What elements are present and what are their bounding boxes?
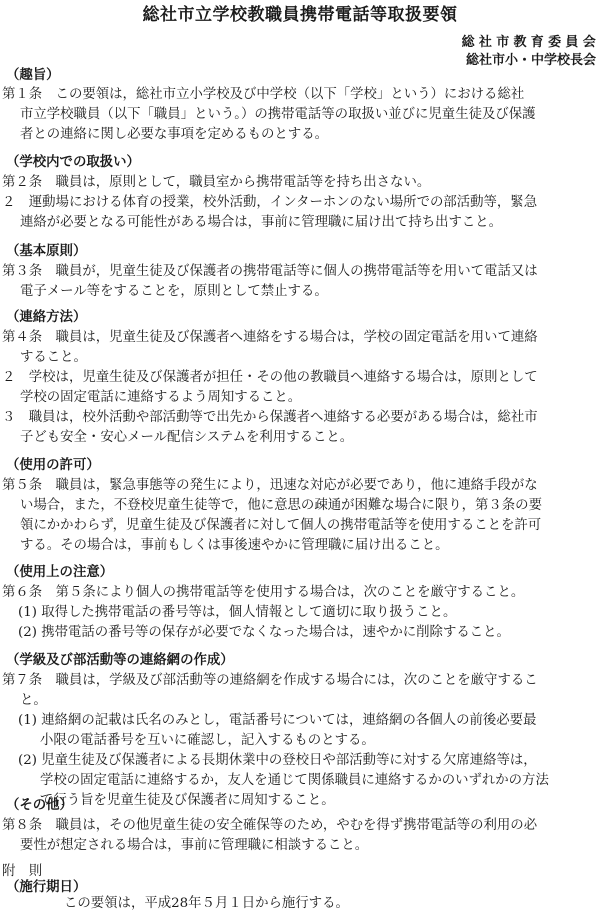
article-5-line: 領にかかわらず，児童生徒及び保護者に対して個人の携帯電話等を使用することを許可 xyxy=(20,516,541,537)
article-8-line: 要性が想定される場合は，事前に管理職に相談すること。 xyxy=(20,836,368,857)
article-7-line: 第７条 職員は，学級及び部活動等の連絡網を作成する場合には，次のことを厳守するこ xyxy=(2,671,538,692)
issuer-board-of-education: 総社市教育委員会 xyxy=(462,34,600,52)
article-4-line: すること。 xyxy=(20,348,87,369)
article-7-item-1: (1) 連絡網の記載は氏名のみとし，電話番号については，連絡網の各個人の前後必要… xyxy=(18,711,536,732)
article-7-line: と。 xyxy=(20,691,47,712)
article-4-line: 学校の固定電話に連絡するよう周知すること。 xyxy=(20,388,301,409)
issuer-principals-association: 総社市小・中学校長会 xyxy=(466,52,596,70)
section-heading-contact-network: （学級及び部活動等の連絡網の作成） xyxy=(6,651,234,671)
article-4-paragraph-3: ３ 職員は，校外活動や部活動等で出先から保護者へ連絡する必要がある場合は，総社市 xyxy=(2,408,538,429)
article-1-line: 第１条 この要領は，総社市立小学校及び中学校（以下「学校」という）における総社 xyxy=(2,85,524,106)
section-heading-other: （その他） xyxy=(6,796,73,816)
section-heading-usage-permission: （使用の許可） xyxy=(6,456,100,476)
document-title: 総社市立学校教職員携帯電話等取扱要領 xyxy=(0,3,600,27)
article-7-item-1-cont: 小限の電話番号を互いに確認し，記入するものとする。 xyxy=(40,731,375,752)
article-2-paragraph-2: ２ 運動場における体育の授業，校外活動，インターホンのない場所での部活動等，緊急 xyxy=(2,193,537,214)
section-heading-basic-principle: （基本原則） xyxy=(6,242,86,262)
article-5-line: 第５条 職員は，緊急事態等の発生により，迅速な対応が必要であり，他に連絡手段がな xyxy=(2,476,538,497)
article-1-line: 市立学校職員（以下「職員」という。）の携帯電話等の取扱い並びに児童生徒及び保護 xyxy=(20,105,536,126)
section-heading-usage-caution: （使用上の注意） xyxy=(6,563,113,583)
article-2-line: 連絡が必要となる可能性がある場合は，事前に管理職に届け出て持ち出すこと。 xyxy=(20,213,502,234)
article-4-line: 第４条 職員は，児童生徒及び保護者へ連絡をする場合は，学校の固定電話を用いて連絡 xyxy=(2,328,538,349)
article-5-line: い場合，また，不登校児童生徒等で，他に意思の疎通が困難な場合に限り，第３条の要 xyxy=(20,496,542,517)
article-2-line: 第２条 職員は，原則として，職員室から携帯電話等を持ち出さない。 xyxy=(2,173,430,194)
article-6-line: 第６条 第５条により個人の携帯電話等を使用する場合は，次のことを厳守すること。 xyxy=(2,583,524,604)
section-heading-contact-method: （連絡方法） xyxy=(6,308,86,328)
article-1-line: 者との連絡に関し必要な事項を定めるものとする。 xyxy=(20,125,328,146)
article-7-item-2: (2) 児童生徒及び保護者による長期休業中の登校日や部活動等に対する欠席連絡等は… xyxy=(18,751,537,772)
article-6-item-1: (1) 取得した携帯電話の番号等は，個人情報として適切に取り扱うこと。 xyxy=(18,603,456,624)
article-4-line: 子ども安全・安心メール配信システムを利用すること。 xyxy=(20,428,353,449)
article-3-line: 電子メール等をすることを，原則として禁止する。 xyxy=(20,282,328,303)
article-4-paragraph-2: ２ 学校は，児童生徒及び保護者が担任・その他の教職員へ連絡する場合は，原則として xyxy=(2,368,538,389)
section-heading-school-handling: （学校内での取扱い） xyxy=(6,153,140,173)
article-3-line: 第３条 職員が，児童生徒及び保護者の携帯電話等に個人の携帯電話等を用いて電話又は xyxy=(2,262,538,283)
article-7-item-2-cont: 学校の固定電話に連絡するか，友人を通じて関係職員に連絡するかのいずれかの方法 xyxy=(40,771,549,792)
article-6-item-2: (2) 携帯電話の番号等の保存が必要でなくなった場合は，速やかに削除すること。 xyxy=(18,623,510,644)
article-5-line: する。その場合は，事前もしくは事後速やかに管理職に届け出ること。 xyxy=(20,536,449,557)
section-heading-purpose: （趣旨） xyxy=(6,66,60,86)
article-8-line: 第８条 職員は，その他児童生徒の安全確保等のため，やむを得ず携帯電話等の利用の必 xyxy=(2,816,537,837)
effective-date-text: この要領は，平成28年５月１日から施行する。 xyxy=(64,894,349,911)
article-7-item-2-cont: で行う旨を児童生徒及び保護者に周知すること。 xyxy=(40,791,335,812)
